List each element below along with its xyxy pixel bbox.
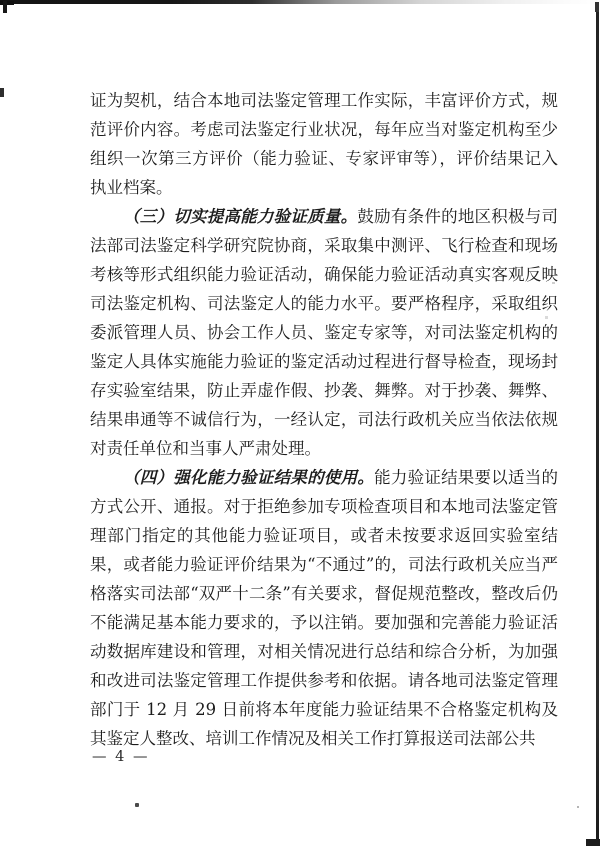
scan-artifact-bottom-right-mark [586, 839, 600, 846]
scanned-document-page: 证为契机，结合本地司法鉴定管理工作实际，丰富评价方式，规范评价内容。考虑司法鉴定… [0, 0, 600, 846]
scan-artifact-top-left-mark [3, 1, 7, 13]
body-text: 鼓励有条件的地区积极与司法部司法鉴定科学研究院协商，采取集中测评、飞行检查和现场… [90, 207, 558, 458]
scan-artifact-top-right-mark [595, 2, 599, 12]
page-number: — 4 — [92, 749, 149, 765]
paragraph: 证为契机，结合本地司法鉴定管理工作实际，丰富评价方式，规范评价内容。考虑司法鉴定… [90, 86, 558, 202]
body-text: 能力验证结果要以适当的方式公开、通报。对于拒绝参加专项检查项目和本地司法鉴定管理… [90, 468, 558, 748]
paragraph: （三）切实提高能力验证质量。鼓励有条件的地区积极与司法部司法鉴定科学研究院协商，… [90, 202, 558, 463]
text-block: 证为契机，结合本地司法鉴定管理工作实际，丰富评价方式，规范评价内容。考虑司法鉴定… [90, 86, 558, 753]
scan-artifact-speck [135, 803, 139, 807]
scan-artifact-left-edge-tick [0, 88, 4, 97]
section-heading: （四）强化能力验证结果的使用。 [123, 468, 374, 487]
scan-artifact-speck [577, 806, 579, 808]
scan-artifact-top-left-mark [0, 1, 14, 5]
section-heading: （三）切实提高能力验证质量。 [123, 207, 357, 226]
paragraph: （四）强化能力验证结果的使用。能力验证结果要以适当的方式公开、通报。对于拒绝参加… [90, 463, 558, 753]
scan-artifact-top-edge [0, 0, 600, 4]
body-text: 证为契机，结合本地司法鉴定管理工作实际，丰富评价方式，规范评价内容。考虑司法鉴定… [90, 91, 558, 197]
scan-artifact-right-edge [596, 6, 599, 846]
